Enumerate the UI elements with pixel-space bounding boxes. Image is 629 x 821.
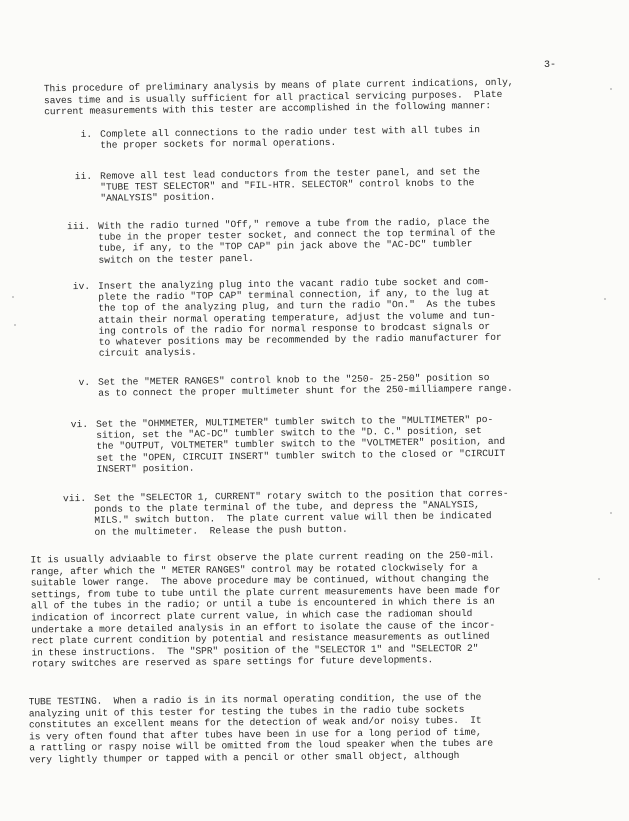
step-number: vii. [46, 493, 86, 505]
paper-speck [598, 578, 600, 580]
step-text: Set the "SELECTOR 1, CURRENT" rotary swi… [94, 488, 509, 538]
step-text: Set the "METER RANGES" control knob to t… [98, 372, 513, 399]
advice-paragraph: It is usually adviaable to first observe… [30, 550, 501, 671]
step-number: iv. [50, 281, 90, 293]
step-text: Remove all test lead conductors from the… [100, 166, 480, 204]
step-number: vi. [48, 419, 88, 431]
step-number: i. [52, 129, 92, 141]
intro-paragraph: This procedure of preliminary analysis b… [44, 77, 514, 118]
paper-speck [12, 296, 14, 298]
step-number: ii. [52, 171, 92, 183]
step-text: Insert the analyzing plug into the vacan… [98, 276, 502, 359]
step-number: iii. [50, 221, 90, 233]
paper-speck [604, 298, 606, 300]
paper-speck [14, 324, 16, 326]
page-number: 3- [544, 60, 556, 71]
paper-speck [610, 512, 612, 514]
step-text: Set the "OHMMETER, MULTIMETER" tumbler s… [96, 414, 505, 475]
paper-speck [610, 88, 612, 90]
step-text: With the radio turned "Off," remove a tu… [98, 216, 496, 266]
step-number: v. [50, 377, 90, 389]
step-text: Complete all connections to the radio un… [100, 124, 480, 151]
tube-testing-paragraph: TUBE TESTING. When a radio is in its nor… [29, 692, 494, 766]
document-page: 3- This procedure of preliminary analysi… [0, 0, 629, 821]
